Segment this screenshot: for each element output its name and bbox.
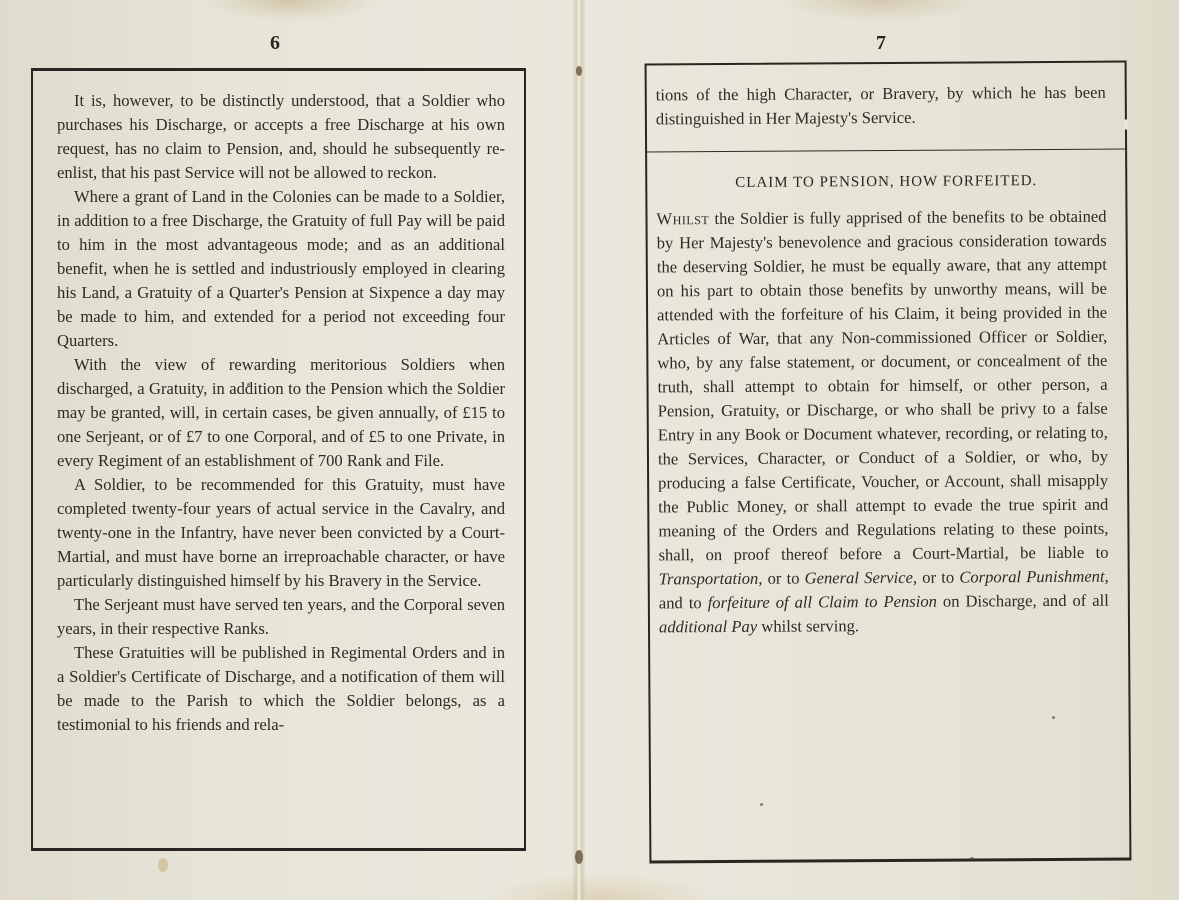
- italic-segment: forfeiture of all Claim to Pension: [708, 592, 937, 612]
- page-number-right: 7: [876, 32, 886, 55]
- section-body: Whilst the Soldier is fully apprised of …: [656, 205, 1109, 640]
- left-page-text: It is, however, to be distinctly underst…: [57, 89, 505, 737]
- paragraph: The Serjeant must have served ten years,…: [57, 593, 505, 641]
- left-page: 6 It is, however, to be distinctly under…: [0, 0, 578, 900]
- lead-word: Whilst: [656, 209, 709, 228]
- text-segment: , or to: [758, 569, 804, 588]
- text-segment: whilst serving.: [757, 616, 859, 636]
- text-segment: , or to: [913, 568, 959, 587]
- paragraph: These Gratuities will be published in Re…: [57, 641, 505, 737]
- section-divider: [645, 149, 1127, 153]
- paragraph: Whilst the Soldier is fully apprised of …: [656, 205, 1109, 640]
- text-segment: the Soldier is fully apprised of the ben…: [657, 207, 1109, 565]
- page-number-left: 6: [270, 32, 280, 55]
- book-spread: 6 It is, however, to be distinctly under…: [0, 0, 1179, 900]
- paragraph: It is, however, to be distinctly underst…: [57, 89, 505, 185]
- ink-speck: [970, 857, 974, 861]
- continuation-text: tions of the high Character, or Bravery,…: [656, 81, 1106, 132]
- right-page: 7 tions of the high Character, or Braver…: [582, 0, 1179, 900]
- paragraph: Where a grant of Land in the Colonies ca…: [57, 185, 505, 353]
- paragraph: tions of the high Character, or Bravery,…: [656, 81, 1106, 132]
- right-page-frame: tions of the high Character, or Bravery,…: [645, 61, 1132, 864]
- italic-segment: General Service: [805, 568, 913, 588]
- italic-segment: Corporal Punishment: [959, 567, 1104, 587]
- text-segment: on Discharge, and of all: [937, 591, 1109, 611]
- section-heading: CLAIM TO PENSION, HOW FORFEITED.: [647, 173, 1125, 193]
- left-page-frame: It is, however, to be distinctly underst…: [31, 68, 526, 851]
- ink-speck: [1052, 716, 1055, 719]
- italic-segment: Transportation: [659, 569, 759, 589]
- ink-speck: [760, 803, 763, 806]
- ink-speck: [247, 383, 250, 386]
- paragraph: With the view of rewarding meritorious S…: [57, 353, 505, 473]
- frame-gap: [1124, 120, 1128, 130]
- paragraph: A Soldier, to be recommended for this Gr…: [57, 473, 505, 593]
- italic-segment: additional Pay: [659, 617, 757, 637]
- paper-stain: [158, 858, 168, 872]
